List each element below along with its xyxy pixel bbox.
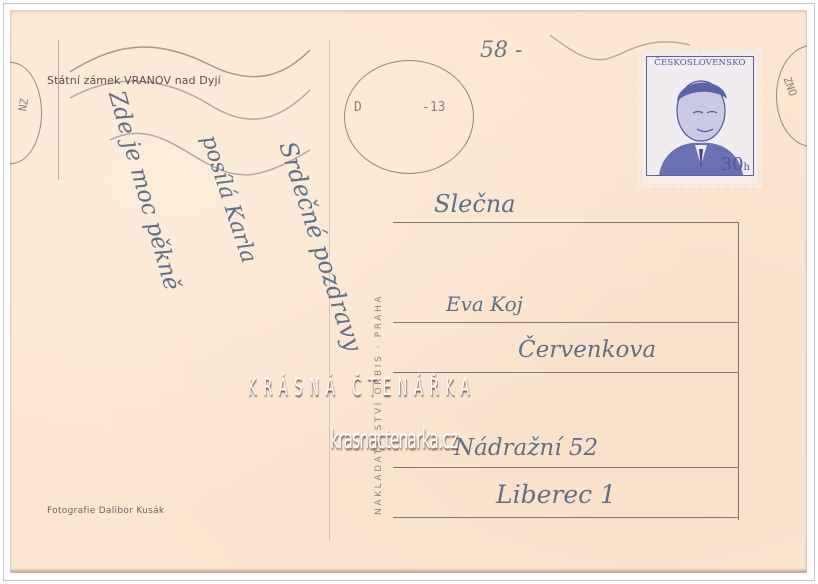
postmark-center-date: -13 [422,100,445,115]
address-line-2 [393,322,739,323]
address-line-5 [393,517,739,518]
printed-title: Státní zámek VRANOV nad Dyjí [47,74,221,87]
postcard-back: Státní zámek VRANOV nad Dyjí ZN -13 D ZN… [10,10,807,573]
postage-stamp: ČESKOSLOVENSKO 30h [642,52,758,184]
stamp-frame: ČESKOSLOVENSKO 30h [646,56,754,176]
address-line-4 [393,467,739,468]
watermark-url: krasnactenarka.cz [330,424,457,455]
stamp-country: ČESKOSLOVENSKO [649,58,751,68]
postmark-center-prefix: D [354,100,362,115]
address-line-1 [393,222,739,223]
postmark-left-text: ZN [15,97,30,112]
stamp-value: 30h [721,154,750,175]
photo-credit: Fotografie Dalibor Kusák [47,506,164,516]
address-street-number: Nádražní 52 [454,435,598,461]
address-name: Eva Koj [446,292,523,316]
serial-number: 58 - [480,38,522,63]
address-salutation: Slečna [434,190,516,218]
watermark-title: KRÁSNÁ ČTENÁŘKA [248,373,476,401]
address-street: Červenkova [518,337,656,363]
publisher-imprint: NAKLADATELSTVÍ ORBIS · PRAHA [374,294,384,515]
address-city: Liberec 1 [496,480,616,509]
postmark-center [344,60,474,174]
